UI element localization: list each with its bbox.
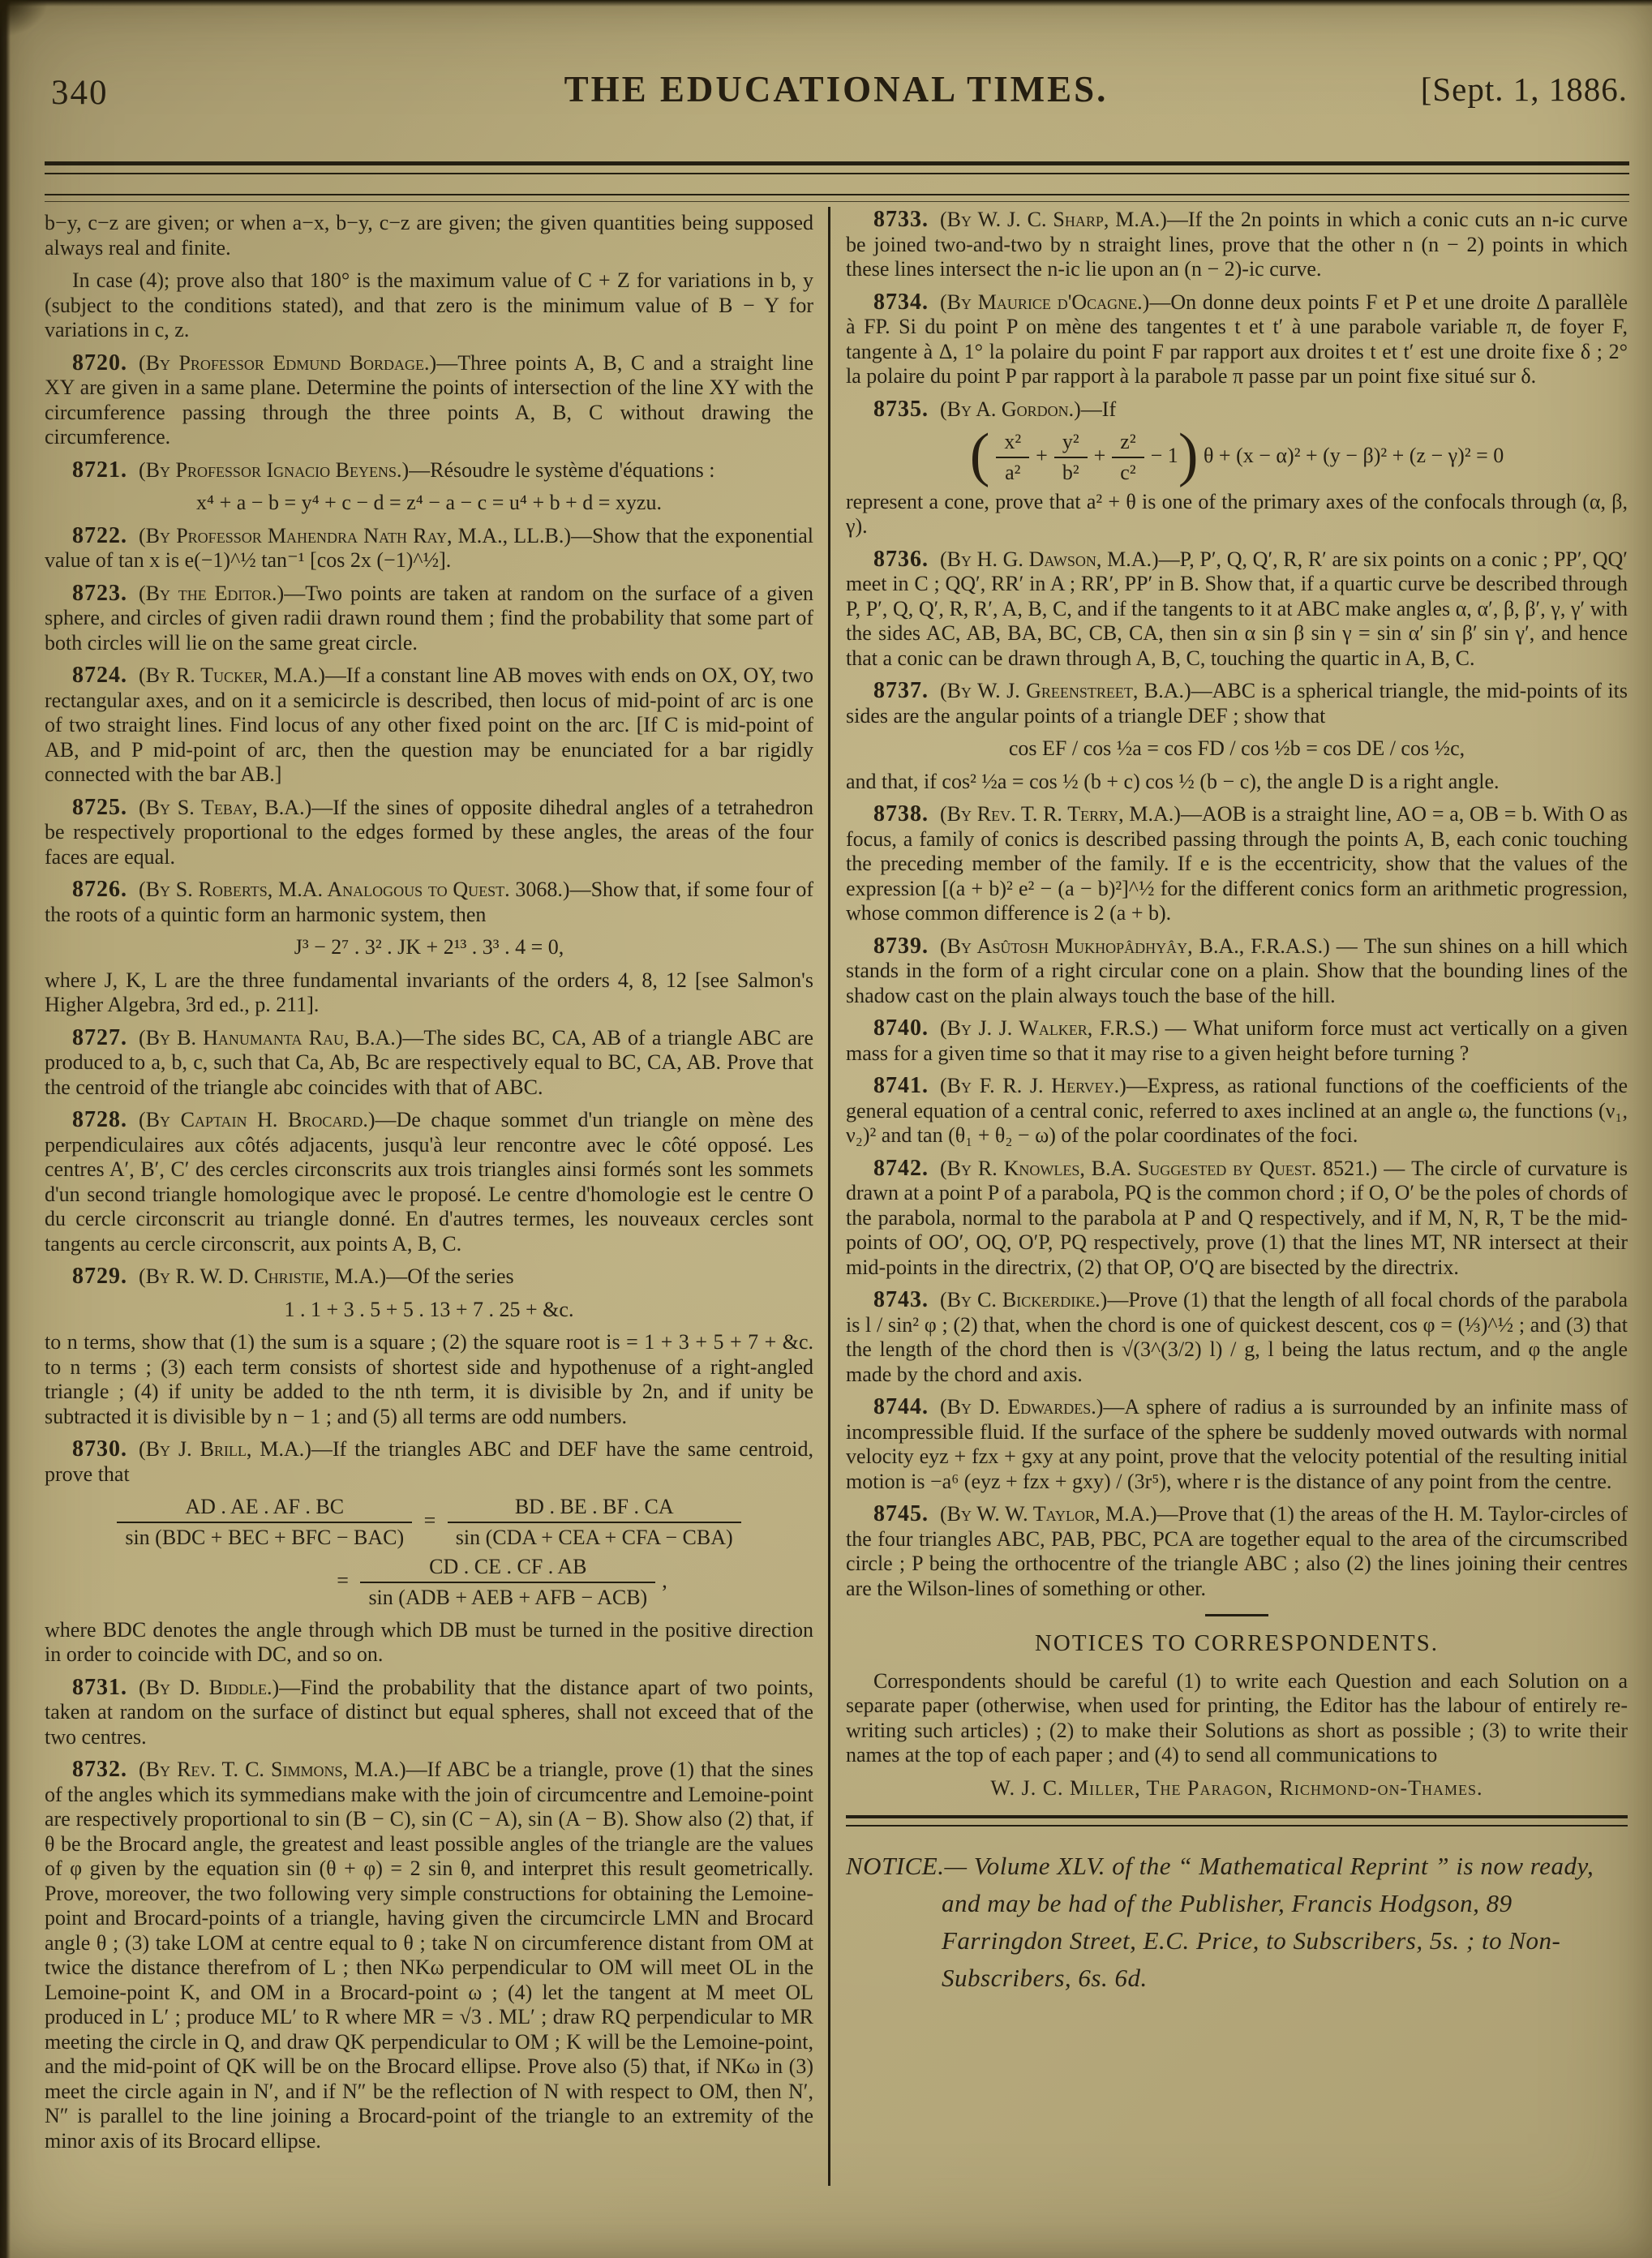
notices-heading: NOTICES TO CORRESPONDENTS.: [846, 1631, 1628, 1656]
question-8730: 8730.(By J. Brill, M.A.)—If the triangle…: [45, 1437, 813, 1487]
question-8740: 8740.(By J. J. Walker, F.R.S.) — What un…: [846, 1016, 1628, 1066]
question-author: (By Professor Mahendra Nath Ray, M.A., L…: [139, 524, 592, 547]
question-number: 8726.: [72, 877, 127, 902]
question-number: 8739.: [873, 934, 929, 959]
page-title: THE EDUCATIONAL TIMES.: [45, 68, 1628, 110]
question-author: (By the Editor.)—: [139, 582, 305, 605]
section-separator: [1205, 1614, 1268, 1616]
question-author: (By J. J. Walker, F.R.S.) —: [940, 1016, 1193, 1040]
question-author: (By W. W. Taylor, M.A.)—: [940, 1502, 1178, 1526]
question-8739: 8739.(By Asûtosh Mukhopâdhyây, B.A., F.R…: [846, 934, 1628, 1009]
question-author: (By Maurice d'Ocagne.)—: [940, 290, 1170, 314]
fraction: x²a²: [996, 430, 1029, 485]
question-8722: 8722.(By Professor Mahendra Nath Ray, M.…: [45, 524, 813, 573]
formula-8726: J³ − 2⁷ . 3² . JK + 2¹³ . 3³ . 4 = 0,: [45, 935, 813, 960]
running-head: 340 THE EDUCATIONAL TIMES. [Sept. 1, 188…: [45, 68, 1628, 120]
question-author: (By S. Roberts, M.A. Analogous to Quest.…: [139, 878, 591, 901]
question-author: (By Asûtosh Mukhopâdhyây, B.A., F.R.A.S.…: [940, 934, 1364, 958]
question-number: 8723.: [72, 581, 127, 606]
question-8731: 8731.(By D. Biddle.)—Find the probabilit…: [45, 1676, 813, 1750]
question-number: 8742.: [873, 1156, 929, 1181]
question-8737: 8737.(By W. J. Greenstreet, B.A.)—ABC is…: [846, 679, 1628, 728]
plus-sign: +: [1036, 444, 1048, 467]
fraction: AD . AE . AF . BCsin (BDC + BEC + BFC − …: [117, 1495, 412, 1550]
head-rule-thick: [45, 161, 1629, 165]
question-8728: 8728.(By Captain H. Brocard.)—De chaque …: [45, 1108, 813, 1256]
question-author: (By Professor Ignacio Beyens.)—: [139, 458, 430, 482]
question-8738: 8738.(By Rev. T. R. Terry, M.A.)—AOB is …: [846, 802, 1628, 926]
question-8720: 8720.(By Professor Edmund Bordage.)—Thre…: [45, 351, 813, 450]
formula-8729: 1 . 1 + 3 . 5 + 5 . 13 + 7 . 25 + &c.: [45, 1298, 813, 1323]
question-author: (By R. Tucker, M.A.)—: [139, 663, 346, 687]
fraction: z²c²: [1112, 430, 1144, 485]
question-number: 8745.: [873, 1501, 929, 1526]
question-author: (By H. G. Dawson, M.A.)—: [940, 547, 1180, 571]
fraction: y²b²: [1054, 430, 1088, 485]
question-number: 8744.: [873, 1394, 929, 1419]
question-number: 8734.: [873, 290, 929, 315]
head-rule-thin: [45, 173, 1629, 174]
question-8724: 8724.(By R. Tucker, M.A.)—If a constant …: [45, 663, 813, 788]
question-number: 8728.: [72, 1107, 127, 1132]
question-8723: 8723.(By the Editor.)—Two points are tak…: [45, 582, 813, 656]
question-8737-continued: and that, if cos² ½a = cos ½ (b + c) cos…: [846, 770, 1628, 795]
inner-term: − 1: [1151, 444, 1178, 467]
question-number: 8743.: [873, 1287, 929, 1312]
intro-paragraph-2: In case (4); prove also that 180° is the…: [45, 268, 813, 343]
question-number: 8741.: [873, 1073, 929, 1098]
equation-8735: (x²a²+y²b²+z²c²− 1) θ + (x − α)² + (y − …: [846, 430, 1628, 485]
question-8735: 8735.(By A. Gordon.)—If: [846, 397, 1628, 423]
question-number: 8727.: [72, 1025, 127, 1050]
question-number: 8732.: [72, 1757, 127, 1782]
close-paren: ): [1178, 422, 1199, 488]
question-number: 8731.: [72, 1675, 127, 1700]
question-number: 8724.: [72, 663, 127, 688]
question-author: (By R. Knowles, B.A. Suggested by Quest.…: [940, 1157, 1411, 1180]
fraction: BD . BE . BF . CAsin (CDA + CEA + CFA − …: [448, 1495, 741, 1550]
question-author: (By Rev. T. C. Simmons, M.A.)—: [139, 1758, 427, 1781]
question-author: (By D. Edwardes.)—: [940, 1395, 1124, 1419]
question-body: Résoudre le système d'équations :: [430, 458, 714, 482]
question-8742: 8742.(By R. Knowles, B.A. Suggested by Q…: [846, 1157, 1628, 1281]
scan-edge-top: [0, 0, 1652, 6]
formula-8737: cos EF / cos ½a = cos FD / cos ½b = cos …: [846, 736, 1628, 762]
question-author: (By J. Brill, M.A.)—: [139, 1437, 333, 1461]
question-author: (By A. Gordon.)—: [940, 397, 1102, 421]
comma: ,: [662, 1569, 667, 1592]
question-number: 8730.: [72, 1436, 127, 1462]
editor-address: W. J. C. Miller, The Paragon, Richmond-o…: [846, 1776, 1628, 1801]
question-number: 8735.: [873, 397, 929, 422]
question-number: 8725.: [72, 795, 127, 820]
question-8736: 8736.(By H. G. Dawson, M.A.)—P, P′, Q, Q…: [846, 547, 1628, 672]
question-number: 8733.: [873, 207, 929, 232]
question-8733: 8733.(By W. J. C. Sharp, M.A.)—If the 2n…: [846, 208, 1628, 282]
scan-edge-left: [0, 0, 11, 2258]
question-8726: 8726.(By S. Roberts, M.A. Analogous to Q…: [45, 878, 813, 927]
question-8721: 8721.(By Professor Ignacio Beyens.)—Réso…: [45, 458, 813, 483]
journal-page: 340 THE EDUCATIONAL TIMES. [Sept. 1, 188…: [0, 0, 1652, 2258]
question-author: (By Captain H. Brocard.)—: [139, 1108, 396, 1131]
equals-sign: =: [337, 1569, 349, 1592]
fraction: CD . CE . CF . ABsin (ADB + AEB + AFB − …: [360, 1555, 655, 1610]
question-number: 8729.: [72, 1264, 127, 1289]
question-body: If: [1102, 397, 1116, 421]
question-author: (By Rev. T. R. Terry, M.A.)—: [940, 802, 1202, 826]
question-8729: 8729.(By R. W. D. Christie, M.A.)—Of the…: [45, 1264, 813, 1290]
question-author: (By D. Biddle.)—: [139, 1676, 300, 1699]
scan-edge-corner: [0, 0, 49, 37]
equation-8730-row1: AD . AE . AF . BCsin (BDC + BEC + BFC − …: [45, 1495, 813, 1550]
question-author: (By W. J. C. Sharp, M.A.)—: [940, 208, 1188, 231]
question-8745: 8745.(By W. W. Taylor, M.A.)—Prove that …: [846, 1502, 1628, 1601]
equals-sign: =: [424, 1509, 436, 1532]
question-author: (By C. Bickerdike.)—: [940, 1288, 1128, 1311]
notice-rule: [846, 1815, 1628, 1827]
question-author: (By W. J. Greenstreet, B.A.)—: [940, 679, 1212, 702]
notices-body: Correspondents should be careful (1) to …: [846, 1669, 1628, 1768]
question-8727: 8727.(By B. Hanumanta Rau, B.A.)—The sid…: [45, 1026, 813, 1101]
question-number: 8737.: [873, 678, 929, 703]
plus-sign: +: [1094, 444, 1106, 467]
question-body: Of the series: [407, 1264, 513, 1288]
question-8732: 8732.(By Rev. T. C. Simmons, M.A.)—If AB…: [45, 1758, 813, 2153]
right-column: 8733.(By W. J. C. Sharp, M.A.)—If the 2n…: [846, 211, 1628, 2005]
question-number: 8738.: [873, 801, 929, 826]
column-divider: [828, 207, 830, 2186]
question-8744: 8744.(By D. Edwardes.)—A sphere of radiu…: [846, 1395, 1628, 1494]
question-8730-continued: where BDC denotes the angle through whic…: [45, 1618, 813, 1668]
reprint-notice: NOTICE.— Volume XLV. of the “ Mathematic…: [846, 1848, 1628, 1997]
equation-tail: θ + (x − α)² + (y − β)² + (z − γ)² = 0: [1204, 444, 1504, 467]
intro-continuation: b−y, c−z are given; or when a−x, b−y, c−…: [45, 211, 813, 260]
question-number: 8720.: [72, 350, 127, 376]
question-number: 8721.: [72, 457, 127, 483]
issue-date: [Sept. 1, 1886.: [1421, 70, 1628, 109]
question-author: (By B. Hanumanta Rau, B.A.)—: [139, 1026, 423, 1050]
left-column: b−y, c−z are given; or when a−x, b−y, c−…: [45, 211, 813, 2161]
question-8743: 8743.(By C. Bickerdike.)—Prove (1) that …: [846, 1288, 1628, 1387]
question-body: If ABC be a triangle, prove (1) that the…: [45, 1758, 813, 2153]
question-number: 8740.: [873, 1015, 929, 1041]
question-author: (By F. R. J. Hervey.)—: [940, 1074, 1148, 1097]
question-8726-continued: where J, K, L are the three fundamental …: [45, 968, 813, 1018]
question-number: 8722.: [72, 523, 127, 548]
formula-8721: x⁴ + a − b = y⁴ + c − d = z⁴ − a − c = u…: [45, 491, 813, 516]
open-paren: (: [970, 422, 990, 488]
question-8735-continued: represent a cone, prove that a² + θ is o…: [846, 490, 1628, 539]
question-number: 8736.: [873, 547, 929, 572]
question-8734: 8734.(By Maurice d'Ocagne.)—On donne deu…: [846, 290, 1628, 389]
text-rule-lower: [45, 201, 1629, 202]
question-author: (By R. W. D. Christie, M.A.)—: [139, 1264, 407, 1288]
question-author: (By S. Tebay, B.A.)—: [139, 796, 333, 819]
question-author: (By Professor Edmund Bordage.)—: [139, 351, 457, 375]
equation-8730-row2: = CD . CE . CF . ABsin (ADB + AEB + AFB …: [191, 1555, 813, 1610]
text-rule-upper: [45, 194, 1629, 195]
question-8729-continued: to n terms, show that (1) the sum is a s…: [45, 1330, 813, 1429]
question-8725: 8725.(By S. Tebay, B.A.)—If the sines of…: [45, 796, 813, 870]
question-8741: 8741.(By F. R. J. Hervey.)—Express, as r…: [846, 1074, 1628, 1148]
